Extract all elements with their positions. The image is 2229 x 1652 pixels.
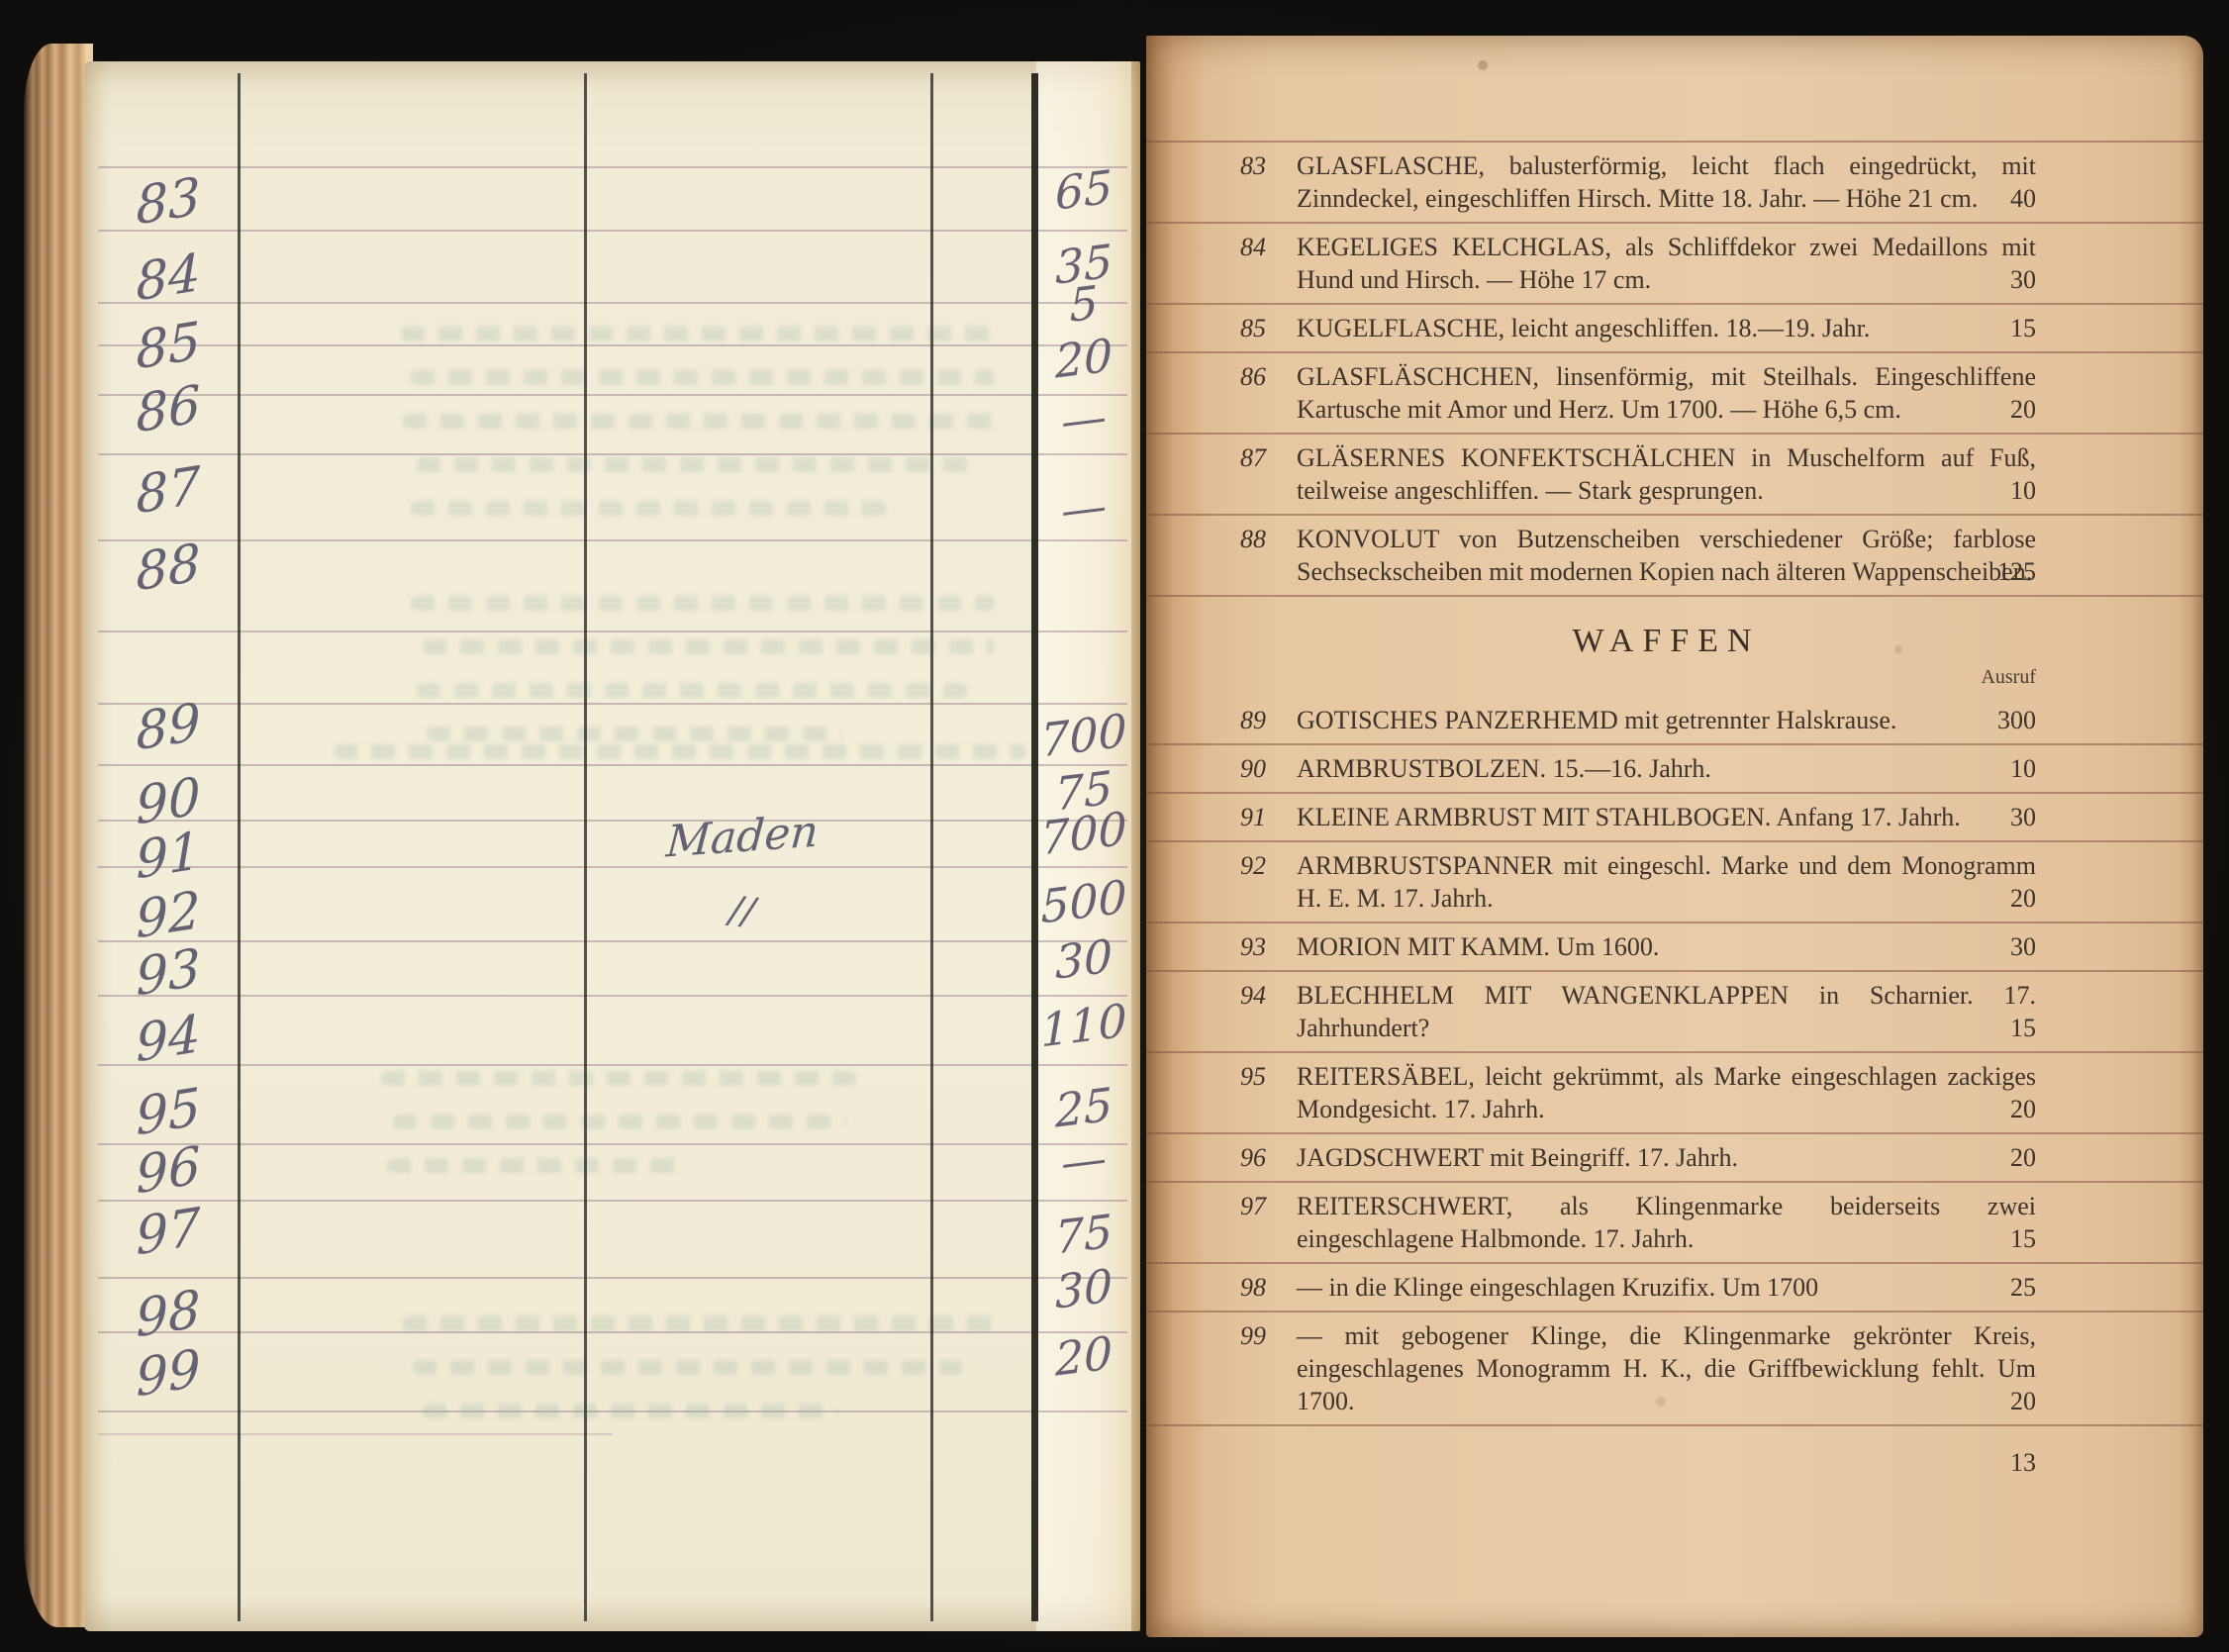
bleedthrough-line <box>403 1316 997 1331</box>
entry-text: KUGELFLASCHE, leicht angeschliffen. 18.—… <box>1297 312 2036 344</box>
rule-line <box>98 1331 1127 1333</box>
entry-text: — mit gebogener Klinge, die Klingenmarke… <box>1297 1319 2036 1417</box>
entry-number: 88 <box>1240 523 1266 555</box>
rule-line <box>98 820 1127 822</box>
entry-text: BLECHHELM MIT WANGENKLAPPEN in Scharnier… <box>1297 979 2036 1044</box>
entry-row: 93MORION MIT KAMM. Um 1600.30 <box>1146 922 2203 970</box>
entry-price: 20 <box>2010 1385 2036 1417</box>
entry-text: KEGELIGES KELCHGLAS, als Schliffdekor zw… <box>1297 231 2036 296</box>
entry-price: 300 <box>1997 704 2036 736</box>
entry-row: 91KLEINE ARMBRUST MIT STAHLBOGEN. Anfang… <box>1146 792 2203 840</box>
entry-number: 99 <box>1240 1319 1266 1352</box>
rule-line <box>98 866 1127 868</box>
catalog-entries-glass: 83GLASFLASCHE, balusterförmig, leicht fl… <box>1146 141 2203 595</box>
bleedthrough-line <box>411 501 886 516</box>
entry-text: — in die Klinge eingeschlagen Kruzifix. … <box>1297 1271 2036 1304</box>
entry-price: 20 <box>2010 1141 2036 1174</box>
rule-line <box>98 539 1127 541</box>
entry-price: 30 <box>2010 263 2036 296</box>
rule-line <box>98 394 1127 396</box>
ditto-mark: ∕∕ <box>701 885 784 936</box>
entry-price: 20 <box>2010 882 2036 915</box>
entry-number: 86 <box>1240 360 1266 393</box>
lot-number: 87 <box>109 453 228 528</box>
bleedthrough-line <box>387 1158 684 1173</box>
entry-text: GOTISCHES PANZERHEMD mit getrennter Hals… <box>1297 704 2036 736</box>
entry-row: 94BLECHHELM MIT WANGENKLAPPEN in Scharni… <box>1146 970 2203 1051</box>
entry-number: 98 <box>1240 1271 1266 1304</box>
entry-price: 10 <box>2010 752 2036 785</box>
entry-text: MORION MIT KAMM. Um 1600. <box>1297 930 2036 963</box>
rule-line <box>98 1433 613 1435</box>
entry-row: 88KONVOLUT von Butzenscheiben verschiede… <box>1146 514 2203 595</box>
entry-number: 87 <box>1240 441 1266 474</box>
entry-text: ARMBRUSTBOLZEN. 15.—16. Jahrh. <box>1297 752 2036 785</box>
entry-price: 15 <box>2010 312 2036 344</box>
section-title: WAFFEN <box>1297 623 2036 660</box>
entry-text: GLASFLÄSCHCHEN, linsenförmig, mit Steilh… <box>1297 360 2036 426</box>
bleedthrough-line <box>393 1115 846 1129</box>
auction-catalog-scan: 8384858687888990919293949596979899 65355… <box>0 0 2229 1652</box>
entry-text: GLÄSERNES KONFEKTSCHÄLCHEN in Muschelfor… <box>1297 441 2036 507</box>
entry-number: 94 <box>1240 979 1266 1012</box>
entry-price: 20 <box>2010 393 2036 426</box>
rule-line <box>98 940 1127 942</box>
entry-row: 83GLASFLASCHE, balusterförmig, leicht fl… <box>1146 141 2203 222</box>
rule-line <box>98 166 1127 168</box>
lot-number: 83 <box>109 164 228 239</box>
entry-text: KLEINE ARMBRUST MIT STAHLBOGEN. Anfang 1… <box>1297 801 2036 833</box>
entry-price: 10 <box>2010 474 2036 507</box>
entry-row: 95REITERSÄBEL, leicht gekrümmt, als Mark… <box>1146 1051 2203 1132</box>
bleedthrough-line <box>423 639 995 654</box>
entry-row: 87GLÄSERNES KONFEKTSCHÄLCHEN in Muschelf… <box>1146 433 2203 514</box>
entry-row: 92ARMBRUSTSPANNER mit eingeschl. Marke u… <box>1146 840 2203 922</box>
rule-line <box>98 230 1127 232</box>
lot-number: 89 <box>109 690 228 764</box>
entry-number: 96 <box>1240 1141 1266 1174</box>
entry-price: 30 <box>2010 801 2036 833</box>
rule-line <box>98 1064 1127 1066</box>
section-block: WAFFEN Ausruf <box>1146 595 2203 697</box>
entry-text: REITERSÄBEL, leicht gekrümmt, als Marke … <box>1297 1060 2036 1125</box>
entry-price: 15 <box>2010 1222 2036 1255</box>
entry-row: 98— in die Klinge eingeschlagen Kruzifix… <box>1146 1262 2203 1311</box>
lot-number: 85 <box>109 309 228 383</box>
entry-text: ARMBRUSTSPANNER mit eingeschl. Marke und… <box>1297 849 2036 915</box>
bleedthrough-line <box>417 683 967 698</box>
entry-text: JAGDSCHWERT mit Beingriff. 17. Jahrh. <box>1297 1141 2036 1174</box>
entry-number: 89 <box>1240 704 1266 736</box>
bleedthrough-line <box>423 1404 838 1418</box>
entry-text: GLASFLASCHE, balusterförmig, leicht flac… <box>1297 149 2036 215</box>
bleedthrough-line <box>427 727 842 741</box>
entry-price: 15 <box>2010 1012 2036 1044</box>
entry-row: 90ARMBRUSTBOLZEN. 15.—16. Jahrh.10 <box>1146 743 2203 792</box>
rule-line <box>98 302 1127 304</box>
entry-number: 84 <box>1240 231 1266 263</box>
entry-number: 92 <box>1240 849 1266 882</box>
bleedthrough-line <box>381 1071 856 1086</box>
entry-text: KONVOLUT von Butzenscheiben verschiedene… <box>1297 523 2036 588</box>
entry-number: 91 <box>1240 801 1266 833</box>
entry-number: 85 <box>1240 312 1266 344</box>
entry-price: 40 <box>2010 182 2036 215</box>
rule-line <box>98 764 1127 766</box>
lot-number: 86 <box>109 372 228 446</box>
price-column-label: Ausruf <box>1297 666 2036 689</box>
entry-row: 85KUGELFLASCHE, leicht angeschliffen. 18… <box>1146 303 2203 351</box>
entry-number: 97 <box>1240 1190 1266 1222</box>
entry-price: 20 <box>2010 1093 2036 1125</box>
entry-price: 125 <box>1997 555 2036 588</box>
rule-line <box>98 995 1127 997</box>
entry-number: 95 <box>1240 1060 1266 1093</box>
catalog-entries-weapons: 89GOTISCHES PANZERHEMD mit getrennter Ha… <box>1146 697 2203 1426</box>
bleedthrough-line <box>334 744 1026 759</box>
entry-row: 96JAGDSCHWERT mit Beingriff. 17. Jahrh.2… <box>1146 1132 2203 1181</box>
bleedthrough-line <box>413 1360 963 1375</box>
entry-text: REITERSCHWERT, als Klingenmarke beiderse… <box>1297 1190 2036 1255</box>
left-page-stack-edge <box>24 44 93 1627</box>
catalog-page: 83GLASFLASCHE, balusterförmig, leicht fl… <box>1146 36 2203 1637</box>
handwritten-annotation: Maden <box>622 803 862 870</box>
bleedthrough-line <box>401 327 995 341</box>
entry-number: 93 <box>1240 930 1266 963</box>
entry-number: 90 <box>1240 752 1266 785</box>
page-number: 13 <box>1146 1448 2203 1478</box>
rule-line <box>98 453 1127 455</box>
entry-row: 89GOTISCHES PANZERHEMD mit getrennter Ha… <box>1146 697 2203 743</box>
rule-line <box>98 1277 1127 1279</box>
rule-line <box>98 1200 1127 1202</box>
bleedthrough-line <box>411 596 995 611</box>
rule-line <box>98 344 1127 346</box>
entry-price: 30 <box>2010 930 2036 963</box>
ledger-page: 8384858687888990919293949596979899 65355… <box>84 61 1140 1631</box>
entry-row: 97REITERSCHWERT, als Klingenmarke beider… <box>1146 1181 2203 1262</box>
bleedthrough-line <box>417 457 979 472</box>
bleedthrough-line <box>403 414 997 429</box>
column-rule-2 <box>584 73 587 1621</box>
rule-line <box>98 1143 1127 1145</box>
catalog-body: 83GLASFLASCHE, balusterförmig, leicht fl… <box>1146 141 2203 1478</box>
lot-number: 88 <box>109 531 228 605</box>
rule-line <box>98 631 1127 632</box>
column-rule-1 <box>238 73 241 1621</box>
column-rule-3 <box>930 73 933 1621</box>
entry-number: 83 <box>1240 149 1266 182</box>
rule-line <box>98 703 1127 705</box>
lot-number: 84 <box>109 241 228 315</box>
entry-row: 86GLASFLÄSCHCHEN, linsenförmig, mit Stei… <box>1146 351 2203 433</box>
lot-number: 97 <box>109 1195 228 1269</box>
entry-price: 25 <box>2010 1271 2036 1304</box>
bleedthrough-line <box>411 370 995 385</box>
entry-row: 84KEGELIGES KELCHGLAS, als Schliffdekor … <box>1146 222 2203 303</box>
entry-row: 99— mit gebogener Klinge, die Klingenmar… <box>1146 1311 2203 1424</box>
